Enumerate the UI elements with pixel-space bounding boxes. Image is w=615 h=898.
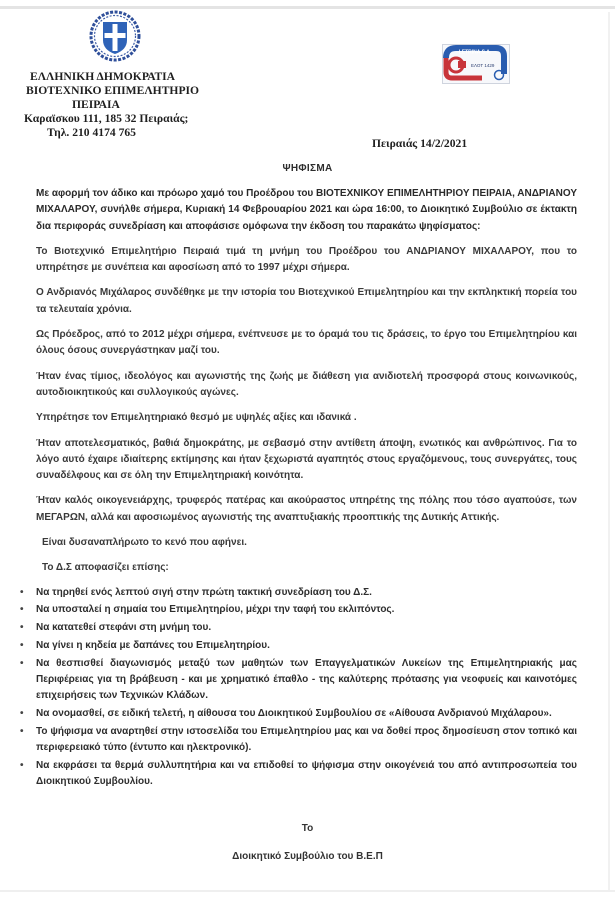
paragraph: Ως Πρόεδρος, από το 2012 μέχρι σήμερα, ε… [36,327,577,360]
list-item: •Να γίνει η κηδεία με δαπάνες του Επιμελ… [36,638,577,654]
letterhead-city: ΠΕΙΡΑΙΑ [24,98,224,112]
bullet-dot-icon: • [20,638,24,654]
decision-text: Να κατατεθεί στεφάνι στη μνήμη του. [36,622,211,633]
svg-text:ΕΛΟΤ 1429: ΕΛΟΤ 1429 [471,63,495,68]
bullet-dot-icon: • [20,724,24,740]
list-item: •Να εκφράσει τα θερμά συλλυπητήρια και ν… [36,758,577,791]
decisions-heading: Το Δ.Σ αποφασίζει επίσης: [36,560,577,576]
letterhead-address: Καραϊσκου 111, 185 32 Πειραιάς; [24,112,224,126]
scan-top-edge [0,6,615,9]
intro-paragraph: Με αφορμή τον άδικο και πρόωρο χαμό του … [36,186,577,235]
decision-text: Να θεσπισθεί διαγωνισμός μεταξύ των μαθη… [36,658,577,702]
decision-text: Να εκφράσει τα θερμά συλλυπητήρια και να… [36,760,577,787]
paragraph: Ήταν αποτελεσματικός, βαθιά δημοκράτης, … [36,436,577,485]
decisions-list: •Να τηρηθεί ενός λεπτού σιγή στην πρώτη … [36,585,577,791]
decision-text: Να ονομασθεί, σε ειδική τελετή, η αίθουσ… [36,708,552,719]
list-item: •Να θεσπισθεί διαγωνισμός μεταξύ των μαθ… [36,656,577,705]
bullet-dot-icon: • [20,656,24,672]
decision-text: Να γίνει η κηδεία με δαπάνες του Επιμελη… [36,640,270,651]
decision-text: Το ψήφισμα να αναρτηθεί στην ιστοσελίδα … [36,726,577,753]
bullet-dot-icon: • [20,758,24,774]
list-item: •Να κατατεθεί στεφάνι στη μνήμη του. [36,620,577,636]
signature-board: Διοικητικό Συμβούλιο του Β.Ε.Π [0,851,615,862]
letterhead-organization: ΒΙΟΤΕΧΝΙΚΟ ΕΠΙΜΕΛΗΤΗΡΙΟ [24,84,224,98]
document-body: Με αφορμή τον άδικο και πρόωρο χαμό του … [36,186,577,792]
bullet-dot-icon: • [20,620,24,636]
letterhead-phone: Τηλ. 210 4174 765 [24,126,224,140]
certification-logo-icon: LETRINA S.A. ΕΛΟΤ 1429 [442,44,510,84]
decision-text: Να τηρηθεί ενός λεπτού σιγή στην πρώτη τ… [36,587,372,598]
paragraph: Ήταν ένας τίμιος, ιδεολόγος και αγωνιστή… [36,369,577,402]
decision-text: Να υποσταλεί η σημαία του Επιμελητηρίου,… [36,604,394,615]
bullet-dot-icon: • [20,602,24,618]
signature-prefix: Το [0,823,615,834]
list-item: •Να ονομασθεί, σε ειδική τελετή, η αίθου… [36,706,577,722]
paragraph: Το Βιοτεχνικό Επιμελητήριο Πειραιά τιμά … [36,244,577,277]
svg-text:LETRINA S.A.: LETRINA S.A. [459,50,492,56]
list-item: •Να τηρηθεί ενός λεπτού σιγή στην πρώτη … [36,585,577,601]
letterhead: ΕΛΛΗΝΙΚΗ ΔΗΜΟΚΡΑΤΙΑ ΒΙΟΤΕΧΝΙΚΟ ΕΠΙΜΕΛΗΤΗ… [24,70,224,140]
bullet-dot-icon: • [20,585,24,601]
scan-bottom-edge [0,890,615,892]
letterhead-country: ΕΛΛΗΝΙΚΗ ΔΗΜΟΚΡΑΤΙΑ [24,70,224,84]
greek-coat-of-arms-icon [89,10,141,62]
document-date: Πειραιάς 14/2/2021 [372,137,467,150]
list-item: •Το ψήφισμα να αναρτηθεί στην ιστοσελίδα… [36,724,577,757]
list-item: •Να υποσταλεί η σημαία του Επιμελητηρίου… [36,602,577,618]
document-title: ΨΗΦΙΣΜΑ [0,163,615,174]
bullet-dot-icon: • [20,706,24,722]
paragraph: Ο Ανδριανός Μιχάλαρος συνδέθηκε με την ι… [36,285,577,318]
paragraph: Ήταν καλός οικογενειάρχης, τρυφερός πατέ… [36,493,577,526]
scan-right-edge [608,12,610,892]
paragraph: Υπηρέτησε τον Επιμελητηριακό θεσμό με υψ… [36,410,577,426]
paragraph: Είναι δυσαναπλήρωτο το κενό που αφήνει. [36,535,577,551]
